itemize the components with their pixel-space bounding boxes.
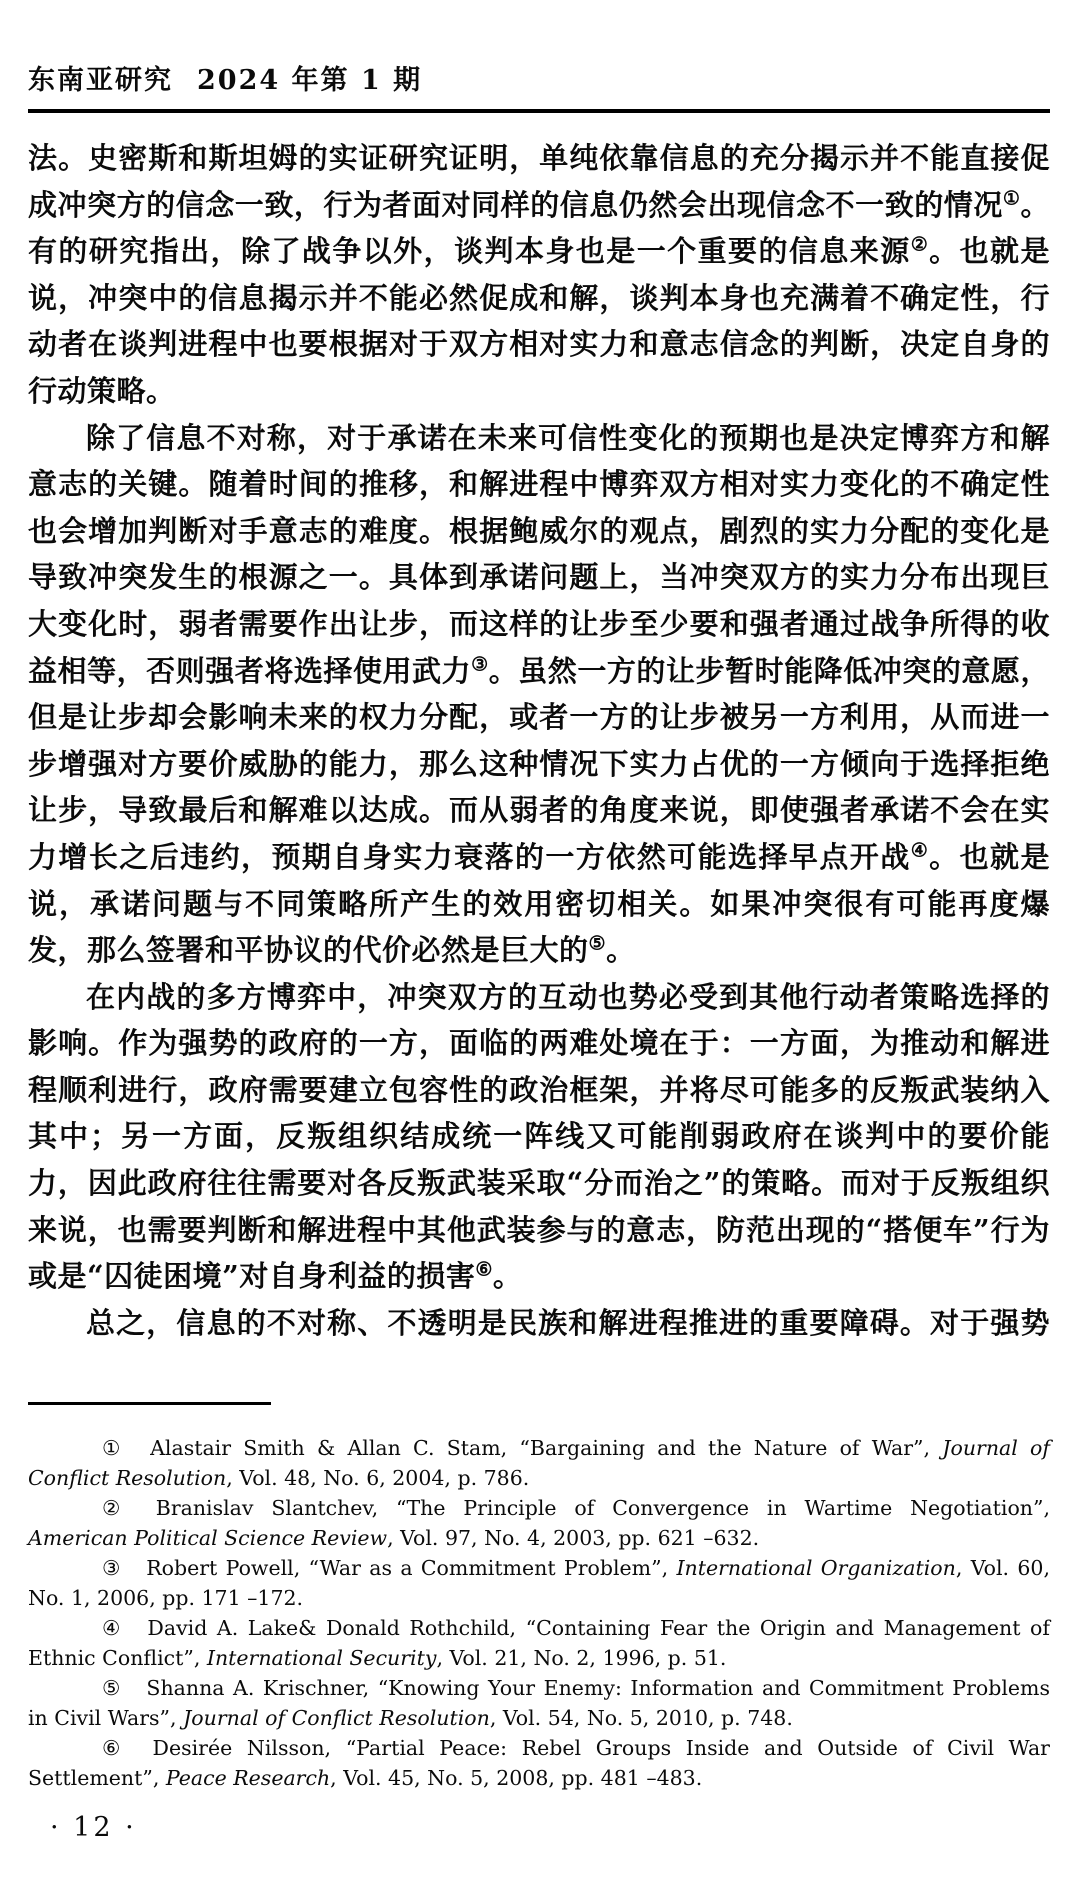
body-text: 。 (493, 1259, 523, 1293)
footnote-ref: ② (911, 234, 929, 256)
footnote-text: , Vol. 21, No. 2, 1996, p. 51. (436, 1646, 726, 1670)
body-text: 。 (606, 933, 636, 967)
footnote-text: Branislav Slantchev, “The Principle of C… (156, 1496, 1050, 1520)
footnote-text: , Vol. 54, No. 5, 2010, p. 748. (490, 1706, 793, 1730)
footnote: ④David A. Lake& Donald Rothchild, “Conta… (28, 1613, 1050, 1673)
footnote: ③Robert Powell, “War as a Commitment Pro… (28, 1553, 1050, 1613)
body-text: 总之，信息的不对称、不透明是民族和解进程推进的重要障碍。对于强势一 (28, 1306, 1050, 1362)
footnote-marker: ⑤ (102, 1676, 122, 1700)
body-text: 法。史密斯和斯坦姆的实证研究证明，单纯依靠信息的充分揭示并不能直接促成冲突方的信… (28, 141, 1050, 222)
footnote-ref: ⑥ (475, 1259, 493, 1281)
footnote: ①Alastair Smith & Allan C. Stam, “Bargai… (28, 1433, 1050, 1493)
footnote-text: , Vol. 97, No. 4, 2003, pp. 621 –632. (387, 1526, 759, 1550)
journal-title: 东南亚研究 (28, 65, 173, 96)
issue-label: 2024 年第 1 期 (197, 65, 422, 96)
journal-page: 东南亚研究2024 年第 1 期 法。史密斯和斯坦姆的实证研究证明，单纯依靠信息… (0, 0, 1078, 1881)
footnote-marker: ③ (102, 1556, 122, 1580)
footnote-text: Robert Powell, “War as a Commitment Prob… (146, 1556, 676, 1580)
footnotes-section: ①Alastair Smith & Allan C. Stam, “Bargai… (28, 1433, 1050, 1793)
footnote-ref: ④ (911, 839, 929, 861)
journal-name: American Political Science Review (28, 1526, 387, 1550)
footnote-text: Alastair Smith & Allan C. Stam, “Bargain… (150, 1436, 942, 1460)
footnote-rule (28, 1402, 271, 1405)
footnote-marker: ① (102, 1436, 126, 1460)
body-paragraph: 总之，信息的不对称、不透明是民族和解进程推进的重要障碍。对于强势一 (28, 1300, 1050, 1362)
footnote: ⑥Desirée Nilsson, “Partial Peace: Rebel … (28, 1733, 1050, 1793)
footnote-marker: ⑥ (102, 1736, 129, 1760)
footnote-text: , Vol. 48, No. 6, 2004, p. 786. (226, 1466, 529, 1490)
journal-name: Journal of Conflict Resolution (183, 1706, 490, 1730)
body-paragraph: 除了信息不对称，对于承诺在未来可信性变化的预期也是决定博弈方和解意志的关键。随着… (28, 415, 1050, 974)
footnote-text: , Vol. 45, No. 5, 2008, pp. 481 –483. (330, 1766, 702, 1790)
footnote-marker: ④ (102, 1616, 123, 1640)
body-text: 在内战的多方博弈中，冲突双方的互动也势必受到其他行动者策略选择的影响。作为强势的… (28, 980, 1050, 1294)
page-number: · 12 · (50, 1812, 137, 1843)
footnote-ref: ⑤ (589, 932, 607, 954)
journal-name: International Security (207, 1646, 437, 1670)
body-text: 除了信息不对称，对于承诺在未来可信性变化的预期也是决定博弈方和解意志的关键。随着… (28, 421, 1050, 688)
body-paragraph: 法。史密斯和斯坦姆的实证研究证明，单纯依靠信息的充分揭示并不能直接促成冲突方的信… (28, 135, 1050, 415)
journal-name: International Organization (676, 1556, 955, 1580)
footnote: ⑤Shanna A. Krischner, “Knowing Your Enem… (28, 1673, 1050, 1733)
footnote-ref: ① (1003, 187, 1021, 209)
footnote: ②Branislav Slantchev, “The Principle of … (28, 1493, 1050, 1553)
running-head: 东南亚研究2024 年第 1 期 (28, 64, 1050, 98)
journal-name: Peace Research (166, 1766, 330, 1790)
header-rule (28, 109, 1050, 113)
footnote-ref: ③ (471, 653, 489, 675)
article-body: 法。史密斯和斯坦姆的实证研究证明，单纯依靠信息的充分揭示并不能直接促成冲突方的信… (28, 135, 1050, 1362)
body-paragraph: 在内战的多方博弈中，冲突双方的互动也势必受到其他行动者策略选择的影响。作为强势的… (28, 974, 1050, 1300)
footnote-marker: ② (102, 1496, 132, 1520)
